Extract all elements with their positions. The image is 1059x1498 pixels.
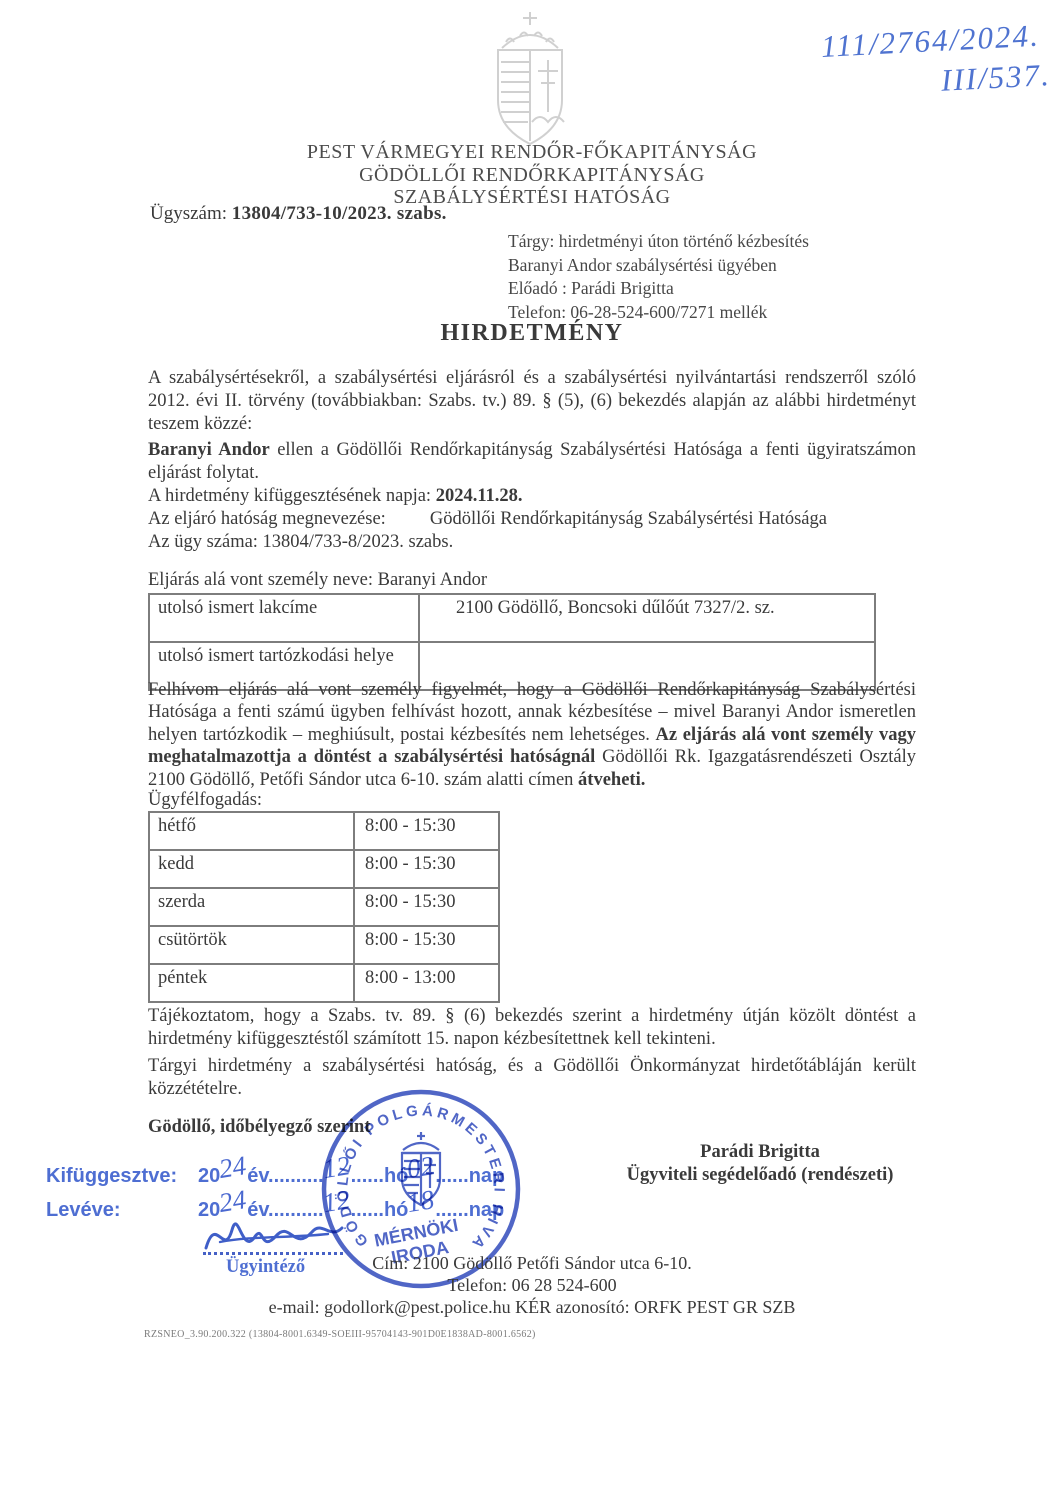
org-line-2: GÖDÖLLŐI RENDŐRKAPITÁNYSÁG xyxy=(147,164,917,187)
footer-contact-block: Cím: 2100 Gödöllő Petőfi Sándor utca 6-1… xyxy=(147,1252,917,1318)
paragraph-subject-person: Baranyi Andor ellen a Gödöllői Rendőrkap… xyxy=(148,439,916,485)
case-number-line: Ügyszám: 13804/733-10/2023. szabs. xyxy=(150,203,447,225)
table-row: kedd 8:00 - 15:30 xyxy=(149,850,499,888)
posting-date-label: A hirdetmény kifüggesztésének napja: xyxy=(148,486,436,506)
paragraph-person-name: Eljárás alá vont személy neve: Baranyi A… xyxy=(148,569,916,592)
scanned-official-notice: 111/2764/2024. III/537. PEST VÁRMEGYEI R… xyxy=(0,0,1059,1498)
subject-line-2: Baranyi Andor szabálysértési ügyében xyxy=(508,254,809,278)
footer-phone: Telefon: 06 28 524-600 xyxy=(147,1274,917,1296)
org-line-1: PEST VÁRMEGYEI RENDŐR-FŐKAPITÁNYSÁG xyxy=(147,141,917,164)
signer-block: Parádi Brigitta Ügyviteli segédelőadó (r… xyxy=(580,1141,940,1187)
paragraph-posting-date: A hirdetmény kifüggesztésének napja: 202… xyxy=(148,485,916,508)
subject-line-1: Tárgy: hirdetményi úton történő kézbesít… xyxy=(508,230,809,254)
notice-bold2: átveheti. xyxy=(578,770,645,790)
subject-person-name: Baranyi Andor xyxy=(148,440,270,460)
document-title: HIRDETMÉNY xyxy=(147,320,917,347)
footer-address: Cím: 2100 Gödöllő Petőfi Sándor utca 6-1… xyxy=(147,1252,917,1274)
paragraph-authority: Az eljáró hatóság megnevezése:Gödöllői R… xyxy=(148,508,916,531)
dots: .......... xyxy=(268,1165,324,1187)
authority-value: Gödöllői Rendőrkapitányság Szabálysértés… xyxy=(430,509,827,529)
table-row: csütörtök 8:00 - 15:30 xyxy=(149,926,499,964)
office-hours-value: 8:00 - 15:30 xyxy=(354,888,499,926)
subject-line-3: Előadó : Parádi Brigitta xyxy=(508,277,809,301)
authority-label: Az eljáró hatóság megnevezése: xyxy=(148,509,386,529)
office-hours-value: 8:00 - 15:30 xyxy=(354,850,499,888)
office-hours-value: 8:00 - 15:30 xyxy=(354,812,499,850)
office-hours-day: péntek xyxy=(149,964,354,1002)
paragraph-publication-info: Tárgyi hirdetmény a szabálysértési hatós… xyxy=(148,1055,916,1101)
paragraph-closing-info: Tájékoztatom, hogy a Szabs. tv. 89. § (6… xyxy=(148,1005,916,1051)
office-hours-day: hétfő xyxy=(149,812,354,850)
table-row: hétfő 8:00 - 15:30 xyxy=(149,812,499,850)
signer-title: Ügyviteli segédelőadó (rendészeti) xyxy=(580,1164,940,1187)
posted-year-prefix: 20 xyxy=(198,1165,220,1187)
table-row: péntek 8:00 - 13:00 xyxy=(149,964,499,1002)
paragraph-legal-basis: A szabálysértésekről, a szabálysértési e… xyxy=(148,367,916,437)
office-hours-day: kedd xyxy=(149,850,354,888)
office-hours-heading: Ügyfélfogadás: xyxy=(148,789,916,812)
office-hours-day: csütörtök xyxy=(149,926,354,964)
paragraph-case-ref: Az ügy száma: 13804/733-8/2023. szabs. xyxy=(148,531,916,554)
office-hours-value: 8:00 - 13:00 xyxy=(354,964,499,1002)
handwritten-registry-numbers: 111/2764/2024. III/537. xyxy=(820,18,1051,104)
hungary-coat-of-arms-icon xyxy=(468,10,592,148)
letterhead-organisation: PEST VÁRMEGYEI RENDŐR-FŐKAPITÁNYSÁG GÖDÖ… xyxy=(147,141,917,209)
posted-label: Kifüggesztve: xyxy=(46,1161,198,1192)
person-data-table: utolsó ismert lakcíme 2100 Gödöllő, Bonc… xyxy=(148,593,876,691)
table-row: utolsó ismert lakcíme 2100 Gödöllő, Bonc… xyxy=(149,594,875,642)
subject-block: Tárgy: hirdetményi úton történő kézbesít… xyxy=(508,230,809,324)
registry-number-line2: III/537. xyxy=(940,58,1051,98)
stamp-coat-of-arms-icon xyxy=(402,1132,440,1205)
office-hours-table: hétfő 8:00 - 15:30 kedd 8:00 - 15:30 sze… xyxy=(148,811,500,1003)
case-number-value: 13804/733-10/2023. szabs. xyxy=(232,203,447,224)
removed-label: Levéve: xyxy=(46,1195,198,1226)
case-number-label: Ügyszám: xyxy=(150,203,232,224)
signer-name: Parádi Brigitta xyxy=(580,1141,940,1164)
handwritten-posted-year: 24 xyxy=(217,1150,249,1185)
office-hours-day: szerda xyxy=(149,888,354,926)
person-table-label-address: utolsó ismert lakcíme xyxy=(149,594,419,642)
posting-date-value: 2024.11.28. xyxy=(436,486,523,506)
registry-number-line1: 111/2764/2024. xyxy=(820,18,1040,64)
paragraph-notice: Felhívom eljárás alá vont személy figyel… xyxy=(148,679,916,791)
table-row: szerda 8:00 - 15:30 xyxy=(149,888,499,926)
person-table-value-address: 2100 Gödöllő, Boncsoki dűlőút 7327/2. sz… xyxy=(419,594,875,642)
system-id-line: RZSNEO_3.90.200.322 (13804-8001.6349-SOE… xyxy=(144,1329,536,1340)
footer-email-line: e-mail: godollork@pest.police.hu KÉR azo… xyxy=(147,1296,917,1318)
office-hours-value: 8:00 - 15:30 xyxy=(354,926,499,964)
ev-label: év xyxy=(247,1165,268,1187)
